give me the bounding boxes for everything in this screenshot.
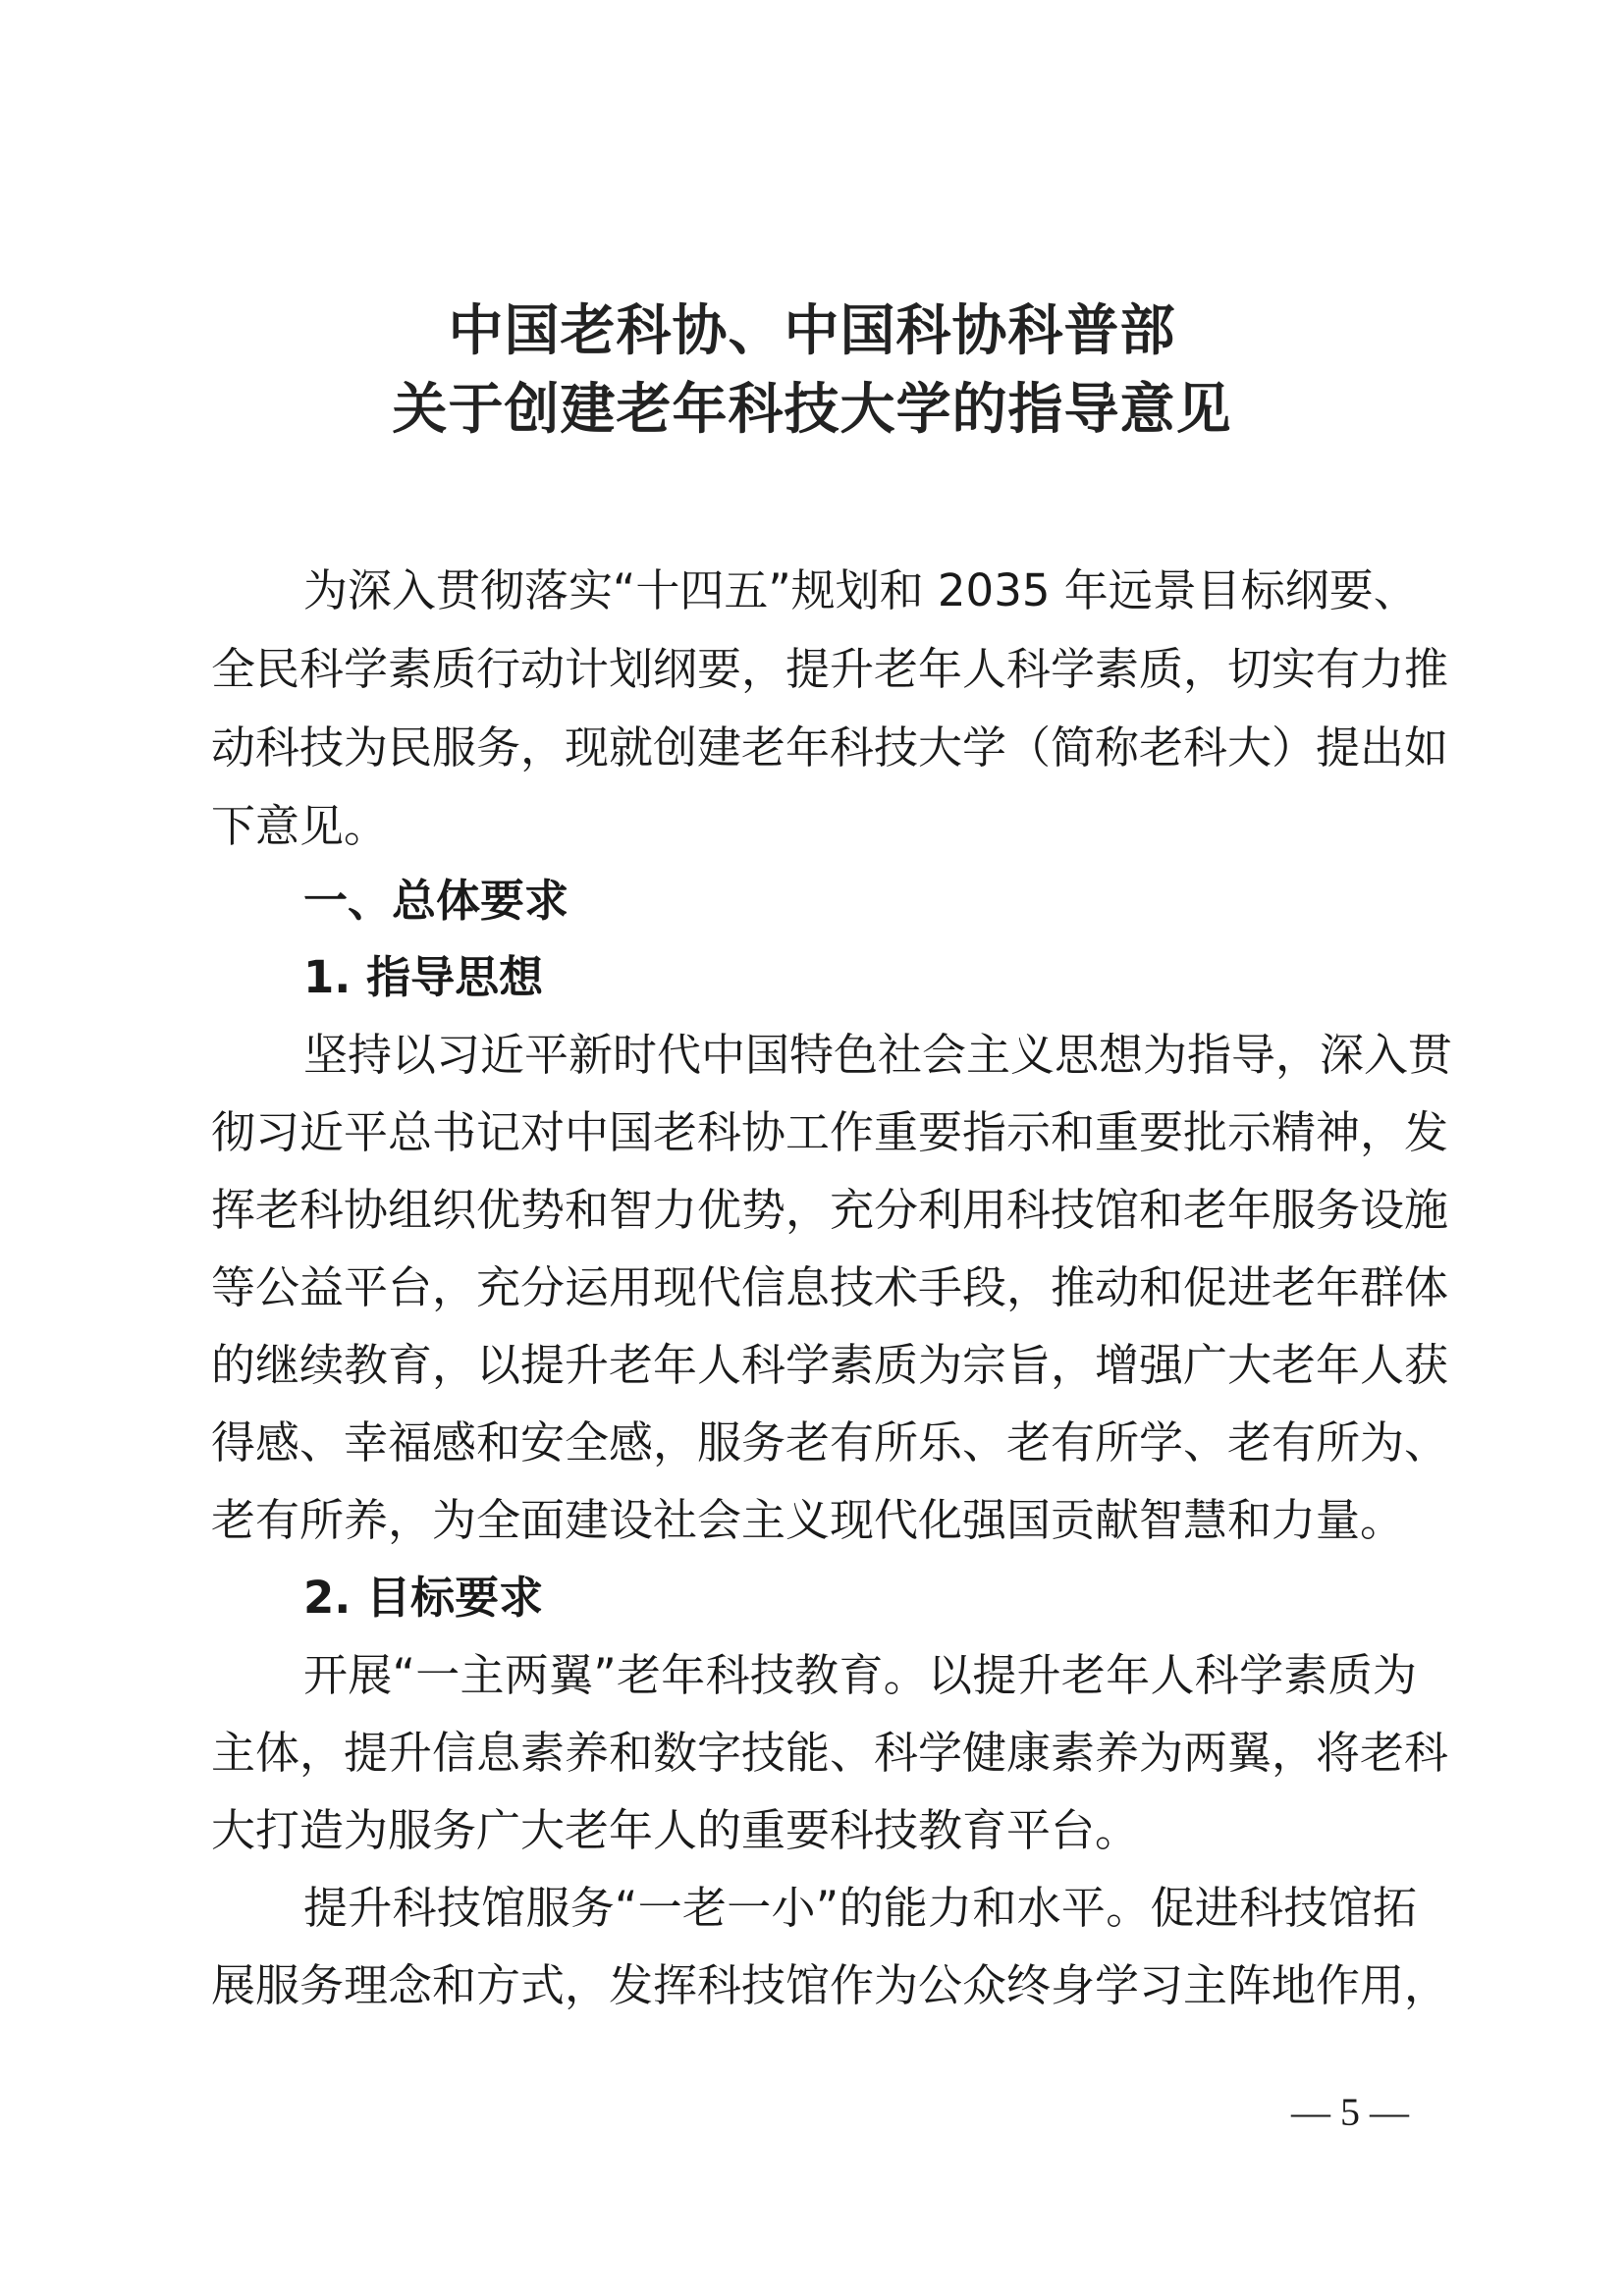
paragraph-line: 提升科技馆服务“一老一小”的能力和水平。促进科技馆拓 bbox=[303, 1879, 1417, 1957]
document-title-line-2: 关于创建老年科技大学的指导意见 bbox=[0, 375, 1624, 444]
intro-line: 动科技为民服务，现就创建老年科技大学（简称老科大）提出如 bbox=[211, 719, 1417, 797]
page-number: — 5 — bbox=[1276, 2089, 1424, 2136]
document-title-line-1: 中国老科协、中国科协科普部 bbox=[0, 296, 1624, 365]
intro-line: 为深入贯彻落实“十四五”规划和 2035 年远景目标纲要、 bbox=[303, 561, 1417, 640]
paragraph-line: 得感、幸福感和安全感，服务老有所乐、老有所学、老有所为、 bbox=[211, 1414, 1417, 1492]
paragraph-line: 老有所养，为全面建设社会主义现代化强国贡献智慧和力量。 bbox=[211, 1491, 1417, 1570]
paragraph-line: 的继续教育，以提升老年人科学素质为宗旨，增强广大老年人获 bbox=[211, 1336, 1417, 1415]
paragraph-line: 挥老科协组织优势和智力优势，充分利用科技馆和老年服务设施 bbox=[211, 1181, 1417, 1259]
paragraph-line: 等公益平台，充分运用现代信息技术手段，推动和促进老年群体 bbox=[211, 1258, 1417, 1337]
intro-line: 下意见。 bbox=[211, 797, 1417, 876]
paragraph-line: 开展“一主两翼”老年科技教育。以提升老年人科学素质为 bbox=[303, 1646, 1417, 1725]
paragraph-line: 大打造为服务广大老年人的重要科技教育平台。 bbox=[211, 1801, 1417, 1880]
paragraph-line: 彻习近平总书记对中国老科协工作重要指示和重要批示精神，发 bbox=[211, 1103, 1417, 1182]
section-heading: 一、总体要求 bbox=[303, 872, 568, 931]
subsection-heading: 2. 目标要求 bbox=[303, 1569, 543, 1628]
intro-line: 全民科学素质行动计划纲要，提升老年人科学素质，切实有力推 bbox=[211, 640, 1417, 719]
paragraph-line: 展服务理念和方式，发挥科技馆作为公众终身学习主阵地作用， bbox=[211, 1956, 1417, 2035]
paragraph-line: 坚持以习近平新时代中国特色社会主义思想为指导，深入贯 bbox=[303, 1026, 1417, 1104]
paragraph-line: 主体，提升信息素养和数字技能、科学健康素养为两翼，将老科 bbox=[211, 1724, 1417, 1802]
subsection-heading: 1. 指导思想 bbox=[303, 948, 543, 1007]
